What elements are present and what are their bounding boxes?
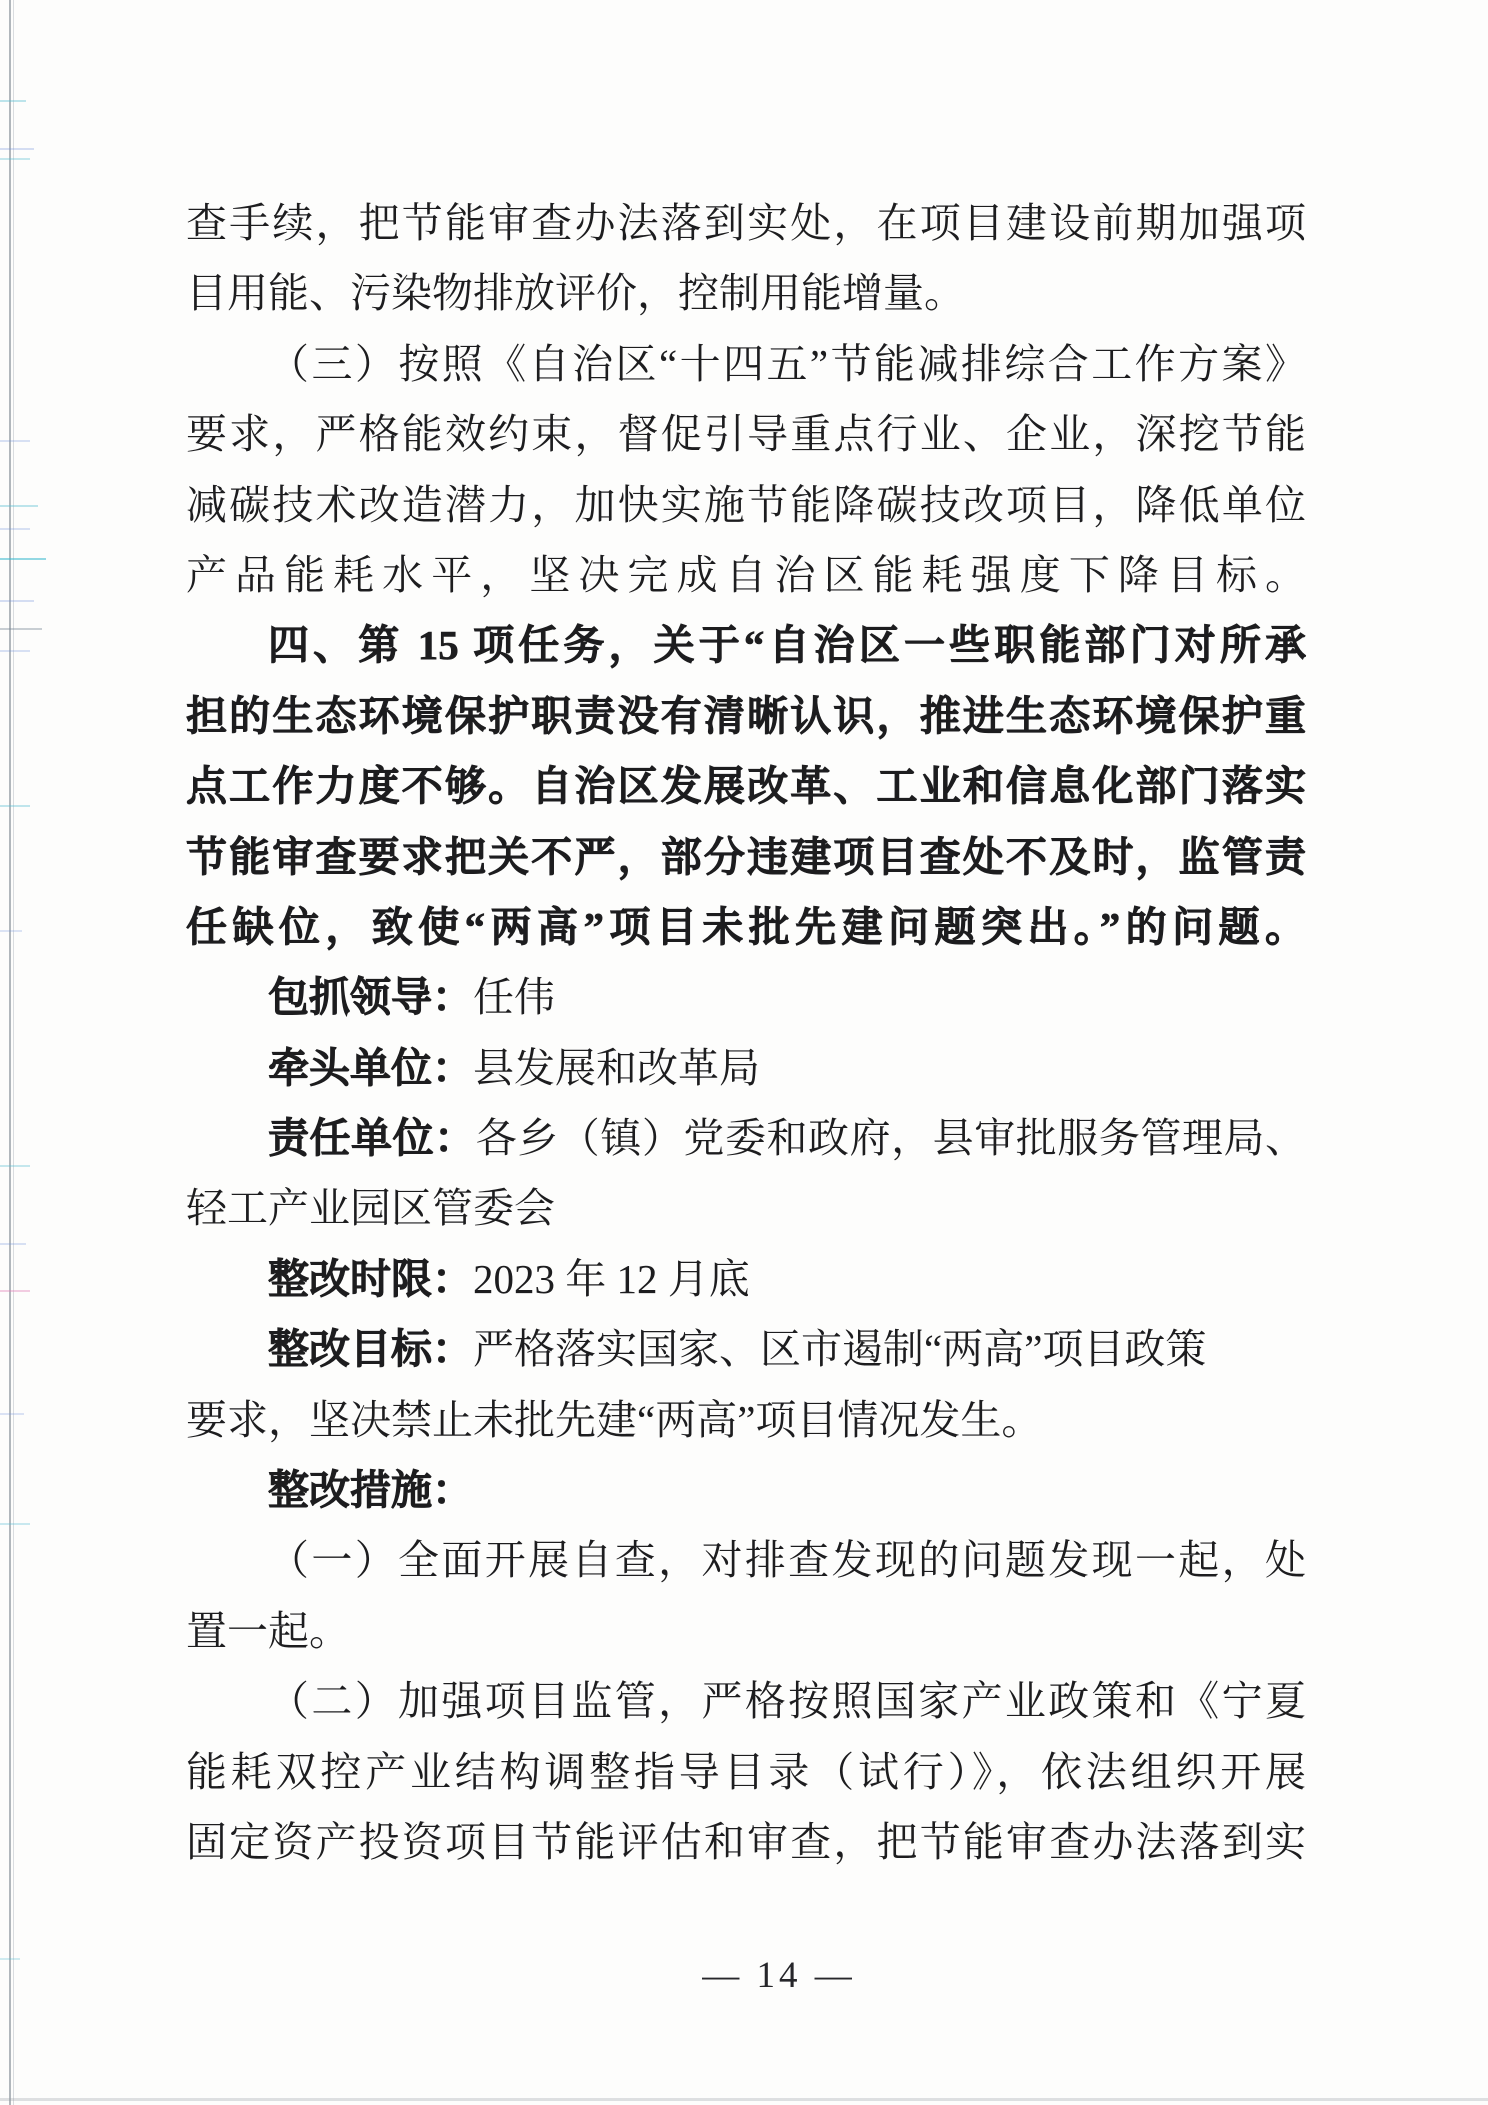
text-segment: 目用能、污染物排放评价，控制用能增量。: [186, 270, 965, 316]
scan-streak: [0, 440, 30, 442]
text-line: （三）按照《自治区“十四五”节能减排综合工作方案》: [186, 329, 1306, 399]
page-number: — 14 —: [702, 1955, 856, 1996]
scan-edge-line: [9, 0, 11, 2105]
scan-streak: [0, 650, 30, 652]
document-body: 查手续，把节能审查办法落到实处，在项目建设前期加强项目用能、污染物排放评价，控制…: [186, 188, 1306, 1877]
text-line: 整改措施：: [186, 1455, 1306, 1525]
text-line: 牵头单位：县发展和改革局: [186, 1033, 1306, 1103]
text-line: 固定资产投资项目节能评估和审查，把节能审查办法落到实: [186, 1807, 1306, 1877]
text-line: 目用能、污染物排放评价，控制用能增量。: [186, 258, 1306, 328]
text-line: 包抓领导：任伟: [186, 962, 1306, 1032]
scan-bottom-edge: [0, 2098, 1488, 2101]
text-line: 要求，坚决禁止未批先建“两高”项目情况发生。: [186, 1385, 1306, 1455]
scan-streak: [0, 1290, 30, 1292]
document-page: 查手续，把节能审查办法落到实处，在项目建设前期加强项目用能、污染物排放评价，控制…: [0, 0, 1488, 2105]
text-segment: 产品能耗水平，坚决完成自治区能耗强度下降目标。: [186, 552, 1306, 598]
bold-text-segment: 责任单位：: [268, 1115, 476, 1161]
text-segment: 2023 年 12 月底: [473, 1256, 750, 1302]
text-segment: 要求，严格能效约束，督促引导重点行业、企业，深挖节能: [186, 411, 1306, 457]
text-segment: 减碳技术改造潜力，加快实施节能降碳技改项目，降低单位: [186, 482, 1306, 528]
bold-text-segment: 四、第 15 项任务，关于“自治区一些职能部门对所承: [268, 622, 1306, 668]
text-line: 轻工产业园区管委会: [186, 1173, 1306, 1243]
scan-streak: [0, 505, 38, 507]
text-segment: 查手续，把节能审查办法落到实处，在项目建设前期加强项: [186, 200, 1306, 246]
text-segment: 轻工产业园区管委会: [186, 1185, 555, 1231]
scan-streak: [0, 1523, 30, 1525]
text-segment: 置一起。: [186, 1608, 350, 1654]
text-line: 节能审查要求把关不严，部分违建项目查处不及时，监管责: [186, 822, 1306, 892]
text-segment: 严格落实国家、区市遏制“两高”项目政策: [473, 1326, 1206, 1372]
scan-streak: [0, 148, 34, 150]
scan-streak: [0, 1413, 24, 1415]
text-line: 整改时限：2023 年 12 月底: [186, 1244, 1306, 1314]
text-line: （一）全面开展自查，对排查发现的问题发现一起，处: [186, 1525, 1306, 1595]
text-segment: 要求，坚决禁止未批先建“两高”项目情况发生。: [186, 1397, 1042, 1443]
text-line: 责任单位：各乡（镇）党委和政府，县审批服务管理局、: [186, 1103, 1306, 1173]
bold-text-segment: 任缺位，致使“两高”项目未批先建问题突出。”的问题。: [186, 904, 1306, 950]
scan-streak: [0, 600, 34, 602]
bold-text-segment: 担的生态环境保护职责没有清晰认识，推进生态环境保护重: [186, 693, 1306, 739]
bold-text-segment: 点工作力度不够。自治区发展改革、工业和信息化部门落实: [186, 763, 1306, 809]
text-line: （二）加强项目监管，严格按照国家产业政策和《宁夏: [186, 1666, 1306, 1736]
text-line: 四、第 15 项任务，关于“自治区一些职能部门对所承: [186, 610, 1306, 680]
scan-streak: [0, 100, 26, 102]
scan-streak: [0, 1243, 26, 1245]
scan-streak: [0, 558, 46, 560]
text-line: 置一起。: [186, 1596, 1306, 1666]
scan-streak: [0, 930, 22, 932]
scan-streak: [0, 805, 30, 807]
text-segment: 任伟: [473, 974, 555, 1020]
page-footer: — 14 —: [0, 1948, 1488, 2004]
scan-streak: [0, 528, 30, 530]
scan-edge-line-secondary: [13, 0, 14, 2105]
bold-text-segment: 节能审查要求把关不严，部分违建项目查处不及时，监管责: [186, 834, 1306, 880]
text-segment: （二）加强项目监管，严格按照国家产业政策和《宁夏: [268, 1678, 1306, 1724]
bold-text-segment: 整改时限：: [268, 1256, 473, 1302]
text-segment: （三）按照《自治区“十四五”节能减排综合工作方案》: [268, 341, 1306, 387]
text-line: 产品能耗水平，坚决完成自治区能耗强度下降目标。: [186, 540, 1306, 610]
bold-text-segment: 牵头单位：: [268, 1045, 473, 1091]
text-segment: 县发展和改革局: [473, 1045, 760, 1091]
text-line: 要求，严格能效约束，督促引导重点行业、企业，深挖节能: [186, 399, 1306, 469]
text-line: 整改目标：严格落实国家、区市遏制“两高”项目政策: [186, 1314, 1306, 1384]
scan-streak: [0, 628, 42, 630]
text-segment: 能耗双控产业结构调整指导目录（试行）》，依法组织开展: [186, 1749, 1306, 1795]
text-line: 任缺位，致使“两高”项目未批先建问题突出。”的问题。: [186, 892, 1306, 962]
text-line: 减碳技术改造潜力，加快实施节能降碳技改项目，降低单位: [186, 470, 1306, 540]
text-line: 能耗双控产业结构调整指导目录（试行）》，依法组织开展: [186, 1737, 1306, 1807]
text-segment: 各乡（镇）党委和政府，县审批服务管理局、: [476, 1115, 1306, 1161]
text-line: 查手续，把节能审查办法落到实处，在项目建设前期加强项: [186, 188, 1306, 258]
text-segment: （一）全面开展自查，对排查发现的问题发现一起，处: [268, 1537, 1306, 1583]
scan-streak: [0, 1165, 30, 1167]
text-segment: 固定资产投资项目节能评估和审查，把节能审查办法落到实: [186, 1819, 1306, 1865]
scan-streak: [0, 158, 30, 160]
bold-text-segment: 包抓领导：: [268, 974, 473, 1020]
text-line: 点工作力度不够。自治区发展改革、工业和信息化部门落实: [186, 751, 1306, 821]
text-line: 担的生态环境保护职责没有清晰认识，推进生态环境保护重: [186, 681, 1306, 751]
bold-text-segment: 整改目标：: [268, 1326, 473, 1372]
bold-text-segment: 整改措施：: [268, 1467, 473, 1513]
